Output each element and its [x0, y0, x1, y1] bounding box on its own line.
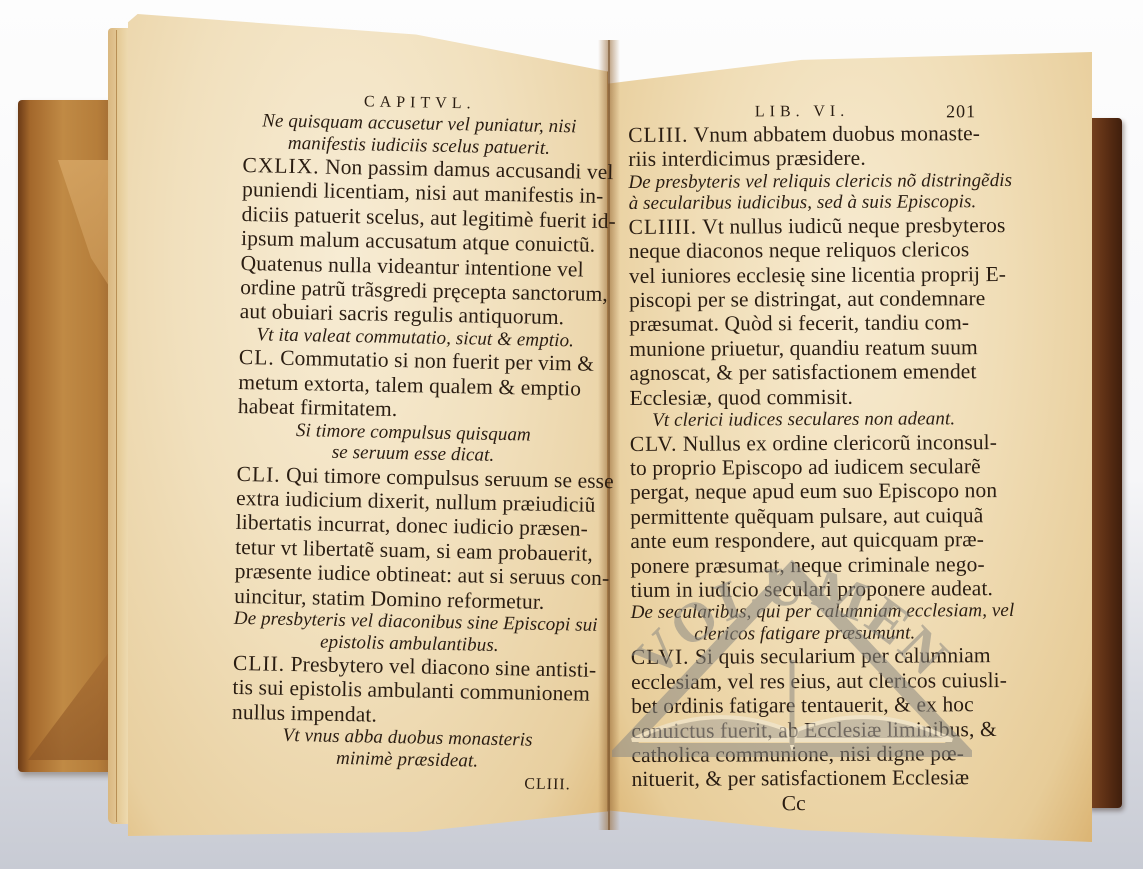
- right-page-text: LIB. VI. 201 CLIII. Vnum abbatem duobus …: [628, 101, 980, 816]
- text-line: catholica communione, nisi digne pœ-: [631, 741, 979, 767]
- book-photo: CAPITVL. Ne quisquam accusetur vel punia…: [0, 0, 1143, 869]
- text-line: conuictus fuerit, ab Ecclesiæ liminibus,…: [631, 717, 979, 743]
- line-text: to proprio Episcopo ad iudicem secularẽ: [630, 454, 981, 480]
- line-text: ecclesiam, vel res eius, aut clericos cu…: [631, 668, 1007, 694]
- text-line: bet ordinis fatigare tentauerit, & ex ho…: [631, 692, 979, 718]
- text-line: CLV. Nullus ex ordine clericorũ inconsul…: [630, 430, 978, 456]
- line-text: agnoscat, & per satisfactionem emendet: [629, 359, 976, 385]
- text-line: tium in iudicio seculari proponere audea…: [630, 576, 978, 602]
- text-line: ante eum respondere, aut quicquam præ-: [630, 527, 978, 553]
- line-text: epistolis ambulantibus.: [320, 631, 499, 655]
- text-line: piscopi per se distringat, aut condemnar…: [629, 286, 977, 312]
- line-text: à secularibus iudicibus, sed à suis Epis…: [629, 191, 977, 214]
- section-heading: clericos fatigare præsumunt.: [631, 622, 979, 645]
- canon-number: CLVI.: [631, 645, 690, 669]
- text-line: riis interdicimus præsidere.: [628, 146, 976, 172]
- section-heading: à secularibus iudicibus, sed à suis Epis…: [628, 191, 976, 214]
- book-cover-right: [1088, 118, 1122, 808]
- line-text: nullus impendat.: [232, 700, 377, 727]
- canon-number: CLII.: [233, 651, 286, 676]
- line-text: De presbyteris vel reliquis clericis nõ …: [628, 170, 1012, 193]
- cover-fold: [28, 640, 118, 760]
- running-head-row: LIB. VI. 201: [628, 101, 976, 123]
- line-text: permittente quẽquam pulsare, aut cuiquã: [630, 503, 983, 529]
- line-text: se seruum esse dicat.: [332, 442, 495, 466]
- text-line: munione priuetur, quandiu reatum suum: [629, 335, 977, 361]
- text-line: agnoscat, & per satisfactionem emendet: [629, 359, 977, 385]
- canon-number: CLIII.: [628, 123, 688, 147]
- line-text: catholica communione, nisi digne pœ-: [631, 741, 964, 767]
- left-page-text: CAPITVL. Ne quisquam accusetur vel punia…: [231, 90, 596, 798]
- line-text: munione priuetur, quandiu reatum suum: [629, 335, 978, 361]
- canon-number: CLI.: [236, 461, 280, 486]
- canon-number: CXLIX.: [242, 153, 320, 178]
- text-line: nituerit, & per satisfactionem Ecclesiæ: [631, 766, 979, 792]
- line-text: Ecclesiæ, quod commisit.: [629, 384, 852, 409]
- line-text: neque diaconos neque reliquos clericos: [629, 237, 970, 263]
- canon-number: CLIIII.: [629, 214, 698, 238]
- section-heading: Vt clerici iudices seculares non adeant.: [630, 408, 978, 431]
- line-text: bet ordinis fatigare tentauerit, & ex ho…: [631, 692, 974, 718]
- page-number: 201: [946, 101, 976, 121]
- line-text: ante eum respondere, aut quicquam præ-: [630, 527, 984, 553]
- book-cover-left: [18, 100, 118, 772]
- text-line: pergat, neque apud eum suo Episcopo non: [630, 479, 978, 505]
- text-line: CLIIII. Vt nullus iudicũ neque presbyter…: [629, 213, 977, 239]
- line-text: præsumat. Quòd si fecerit, tandiu com-: [629, 311, 969, 337]
- section-heading: De presbyteris vel reliquis clericis nõ …: [628, 170, 976, 193]
- line-text: Nullus ex ordine clericorũ inconsul-: [677, 430, 997, 456]
- section-heading: De secularibus, qui per calumniam eccles…: [631, 601, 979, 624]
- line-text: De secularibus, qui per calumniam eccles…: [631, 600, 1015, 623]
- line-text: habeat firmitatem.: [238, 394, 398, 421]
- text-line: to proprio Episcopo ad iudicem secularẽ: [630, 454, 978, 480]
- line-text: conuictus fuerit, ab Ecclesiæ liminibus,…: [631, 717, 997, 743]
- line-text: Vnum abbatem duobus monaste-: [688, 121, 980, 147]
- text-line: neque diaconos neque reliquos clericos: [629, 237, 977, 263]
- line-text: Si quis secularium per calumniam: [689, 644, 990, 670]
- running-head: LIB. VI.: [755, 103, 849, 120]
- line-text: riis interdicimus præsidere.: [628, 146, 866, 171]
- line-text: Vt nullus iudicũ neque presbyteros: [697, 213, 1005, 239]
- text-line: CLVI. Si quis secularium per calumniam: [631, 644, 979, 670]
- canon-number: CL.: [239, 345, 275, 370]
- line-text: Vt clerici iudices seculares non adeant.: [652, 408, 955, 431]
- book-gutter: [598, 40, 620, 830]
- line-text: clericos fatigare præsumunt.: [694, 622, 915, 644]
- signature-mark: Cc: [632, 790, 980, 816]
- line-text: pergat, neque apud eum suo Episcopo non: [630, 478, 997, 504]
- line-text: tium in iudicio seculari proponere audea…: [630, 576, 993, 602]
- line-text: ponere præsumat, neque criminale nego-: [630, 552, 984, 578]
- line-text: nituerit, & per satisfactionem Ecclesiæ: [631, 766, 969, 792]
- text-line: præsumat. Quòd si fecerit, tandiu com-: [629, 311, 977, 337]
- canon-number: CLV.: [630, 431, 678, 455]
- text-line: vel iuniores ecclesię sine licentia prop…: [629, 262, 977, 288]
- text-line: permittente quẽquam pulsare, aut cuiquã: [630, 503, 978, 529]
- text-line: ecclesiam, vel res eius, aut clericos cu…: [631, 668, 979, 694]
- line-text: minimè præsideat.: [336, 748, 478, 772]
- line-text: piscopi per se distringat, aut condemnar…: [629, 286, 985, 312]
- text-line: CLIII. Vnum abbatem duobus monaste-: [628, 121, 976, 147]
- line-text: vel iuniores ecclesię sine licentia prop…: [629, 262, 1006, 288]
- text-line: ponere præsumat, neque criminale nego-: [630, 552, 978, 578]
- line-text: Vt vnus abba duobus monasteris: [282, 725, 532, 751]
- text-line: Ecclesiæ, quod commisit.: [629, 384, 977, 410]
